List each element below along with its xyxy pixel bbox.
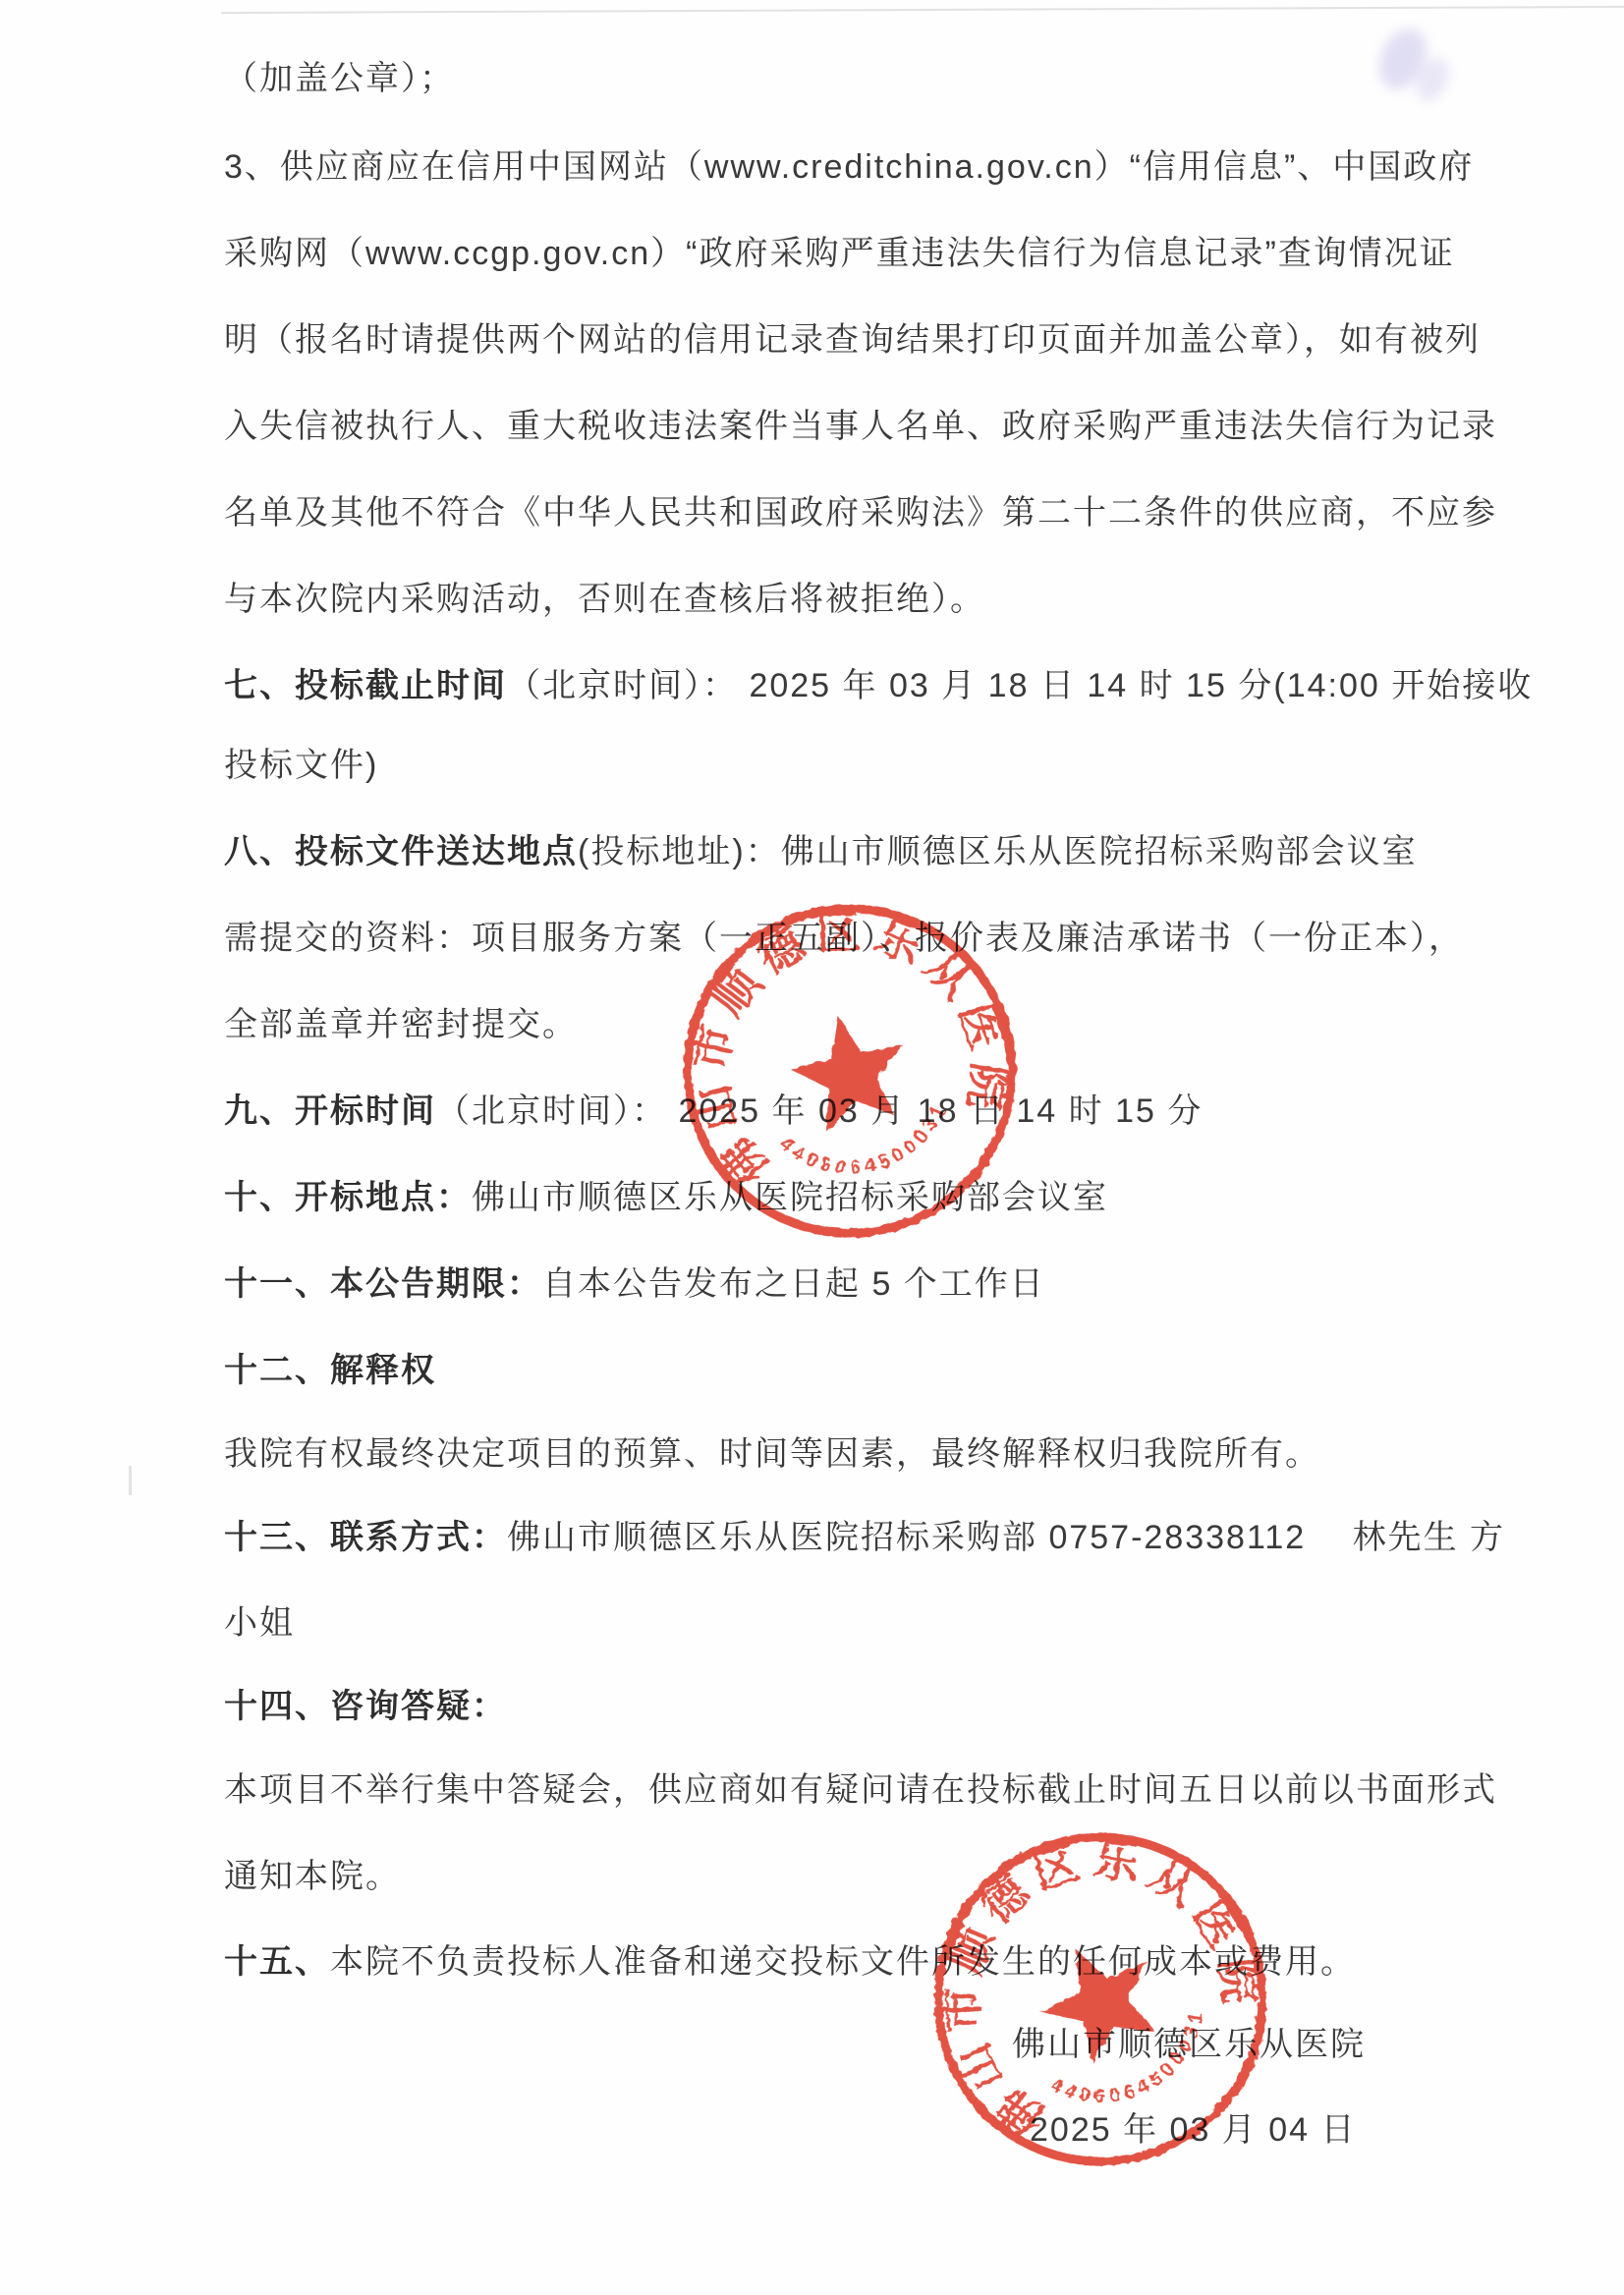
scanned-document-page: （加盖公章）； 3、供应商应在信用中国网站（www.creditchina.go… bbox=[0, 0, 1624, 2295]
doc-line: 通知本院。 bbox=[224, 1855, 401, 1898]
doc-line: 十三、联系方式：佛山市顺德区乐从医院招标采购部 0757-28338112 林先… bbox=[224, 1516, 1505, 1559]
doc-line: 十四、咨询答疑： bbox=[224, 1685, 507, 1728]
doc-line: 八、投标文件送达地点(投标地址)：佛山市顺德区乐从医院招标采购部会议室 bbox=[224, 830, 1418, 873]
doc-line: 3、供应商应在信用中国网站（www.creditchina.gov.cn）“信用… bbox=[224, 145, 1474, 189]
scan-edge-line bbox=[221, 6, 1624, 14]
doc-line: 十一、本公告期限：自本公告发布之日起 5 个工作日 bbox=[224, 1262, 1045, 1306]
doc-line: 名单及其他不符合《中华人民共和国政府采购法》第二十二条件的供应商，不应参 bbox=[224, 491, 1497, 534]
seal-number-text: 4406064500031 bbox=[771, 1094, 963, 1196]
doc-line: 入失信被执行人、重大税收违法案件当事人名单、政府采购严重违法失信行为记录 bbox=[224, 405, 1497, 448]
doc-line: 采购网（www.ccgp.gov.cn）“政府采购严重违法失信行为信息记录”查询… bbox=[224, 232, 1455, 275]
doc-line: 我院有权最终决定项目的预算、时间等因素，最终解释权归我院所有。 bbox=[224, 1432, 1320, 1476]
seal-star-icon bbox=[781, 1004, 918, 1136]
doc-line: 明（报名时请提供两个网站的信用记录查询结果打印页面并加盖公章），如有被列 bbox=[224, 318, 1481, 362]
official-seal-middle: 佛山市顺德区乐从医院 4406064500031 bbox=[641, 862, 1060, 1281]
doc-line: 投标文件) bbox=[224, 744, 378, 787]
official-seal-bottom: 佛山市顺德区乐从医院 4406064500031 bbox=[864, 1763, 1336, 2235]
seal-star-icon bbox=[1024, 1924, 1176, 2074]
doc-line: 与本次院内采购活动，否则在查核后将被拒绝）。 bbox=[224, 578, 985, 621]
doc-line: 全部盖章并密封提交。 bbox=[224, 1003, 578, 1046]
scan-artifact-mark bbox=[129, 1466, 132, 1495]
doc-line: （加盖公章）； bbox=[224, 57, 455, 100]
doc-line: 小姐 bbox=[224, 1601, 295, 1645]
svg-text:4406064500031: 4406064500031 bbox=[771, 1094, 963, 1196]
doc-line: 七、投标截止时间（北京时间）： 2025 年 03 月 18 日 14 时 15… bbox=[224, 664, 1533, 707]
doc-line: 本项目不举行集中答疑会，供应商如有疑问请在投标截止时间五日以前以书面形式 bbox=[224, 1768, 1497, 1812]
doc-line: 十二、解释权 bbox=[224, 1349, 436, 1392]
